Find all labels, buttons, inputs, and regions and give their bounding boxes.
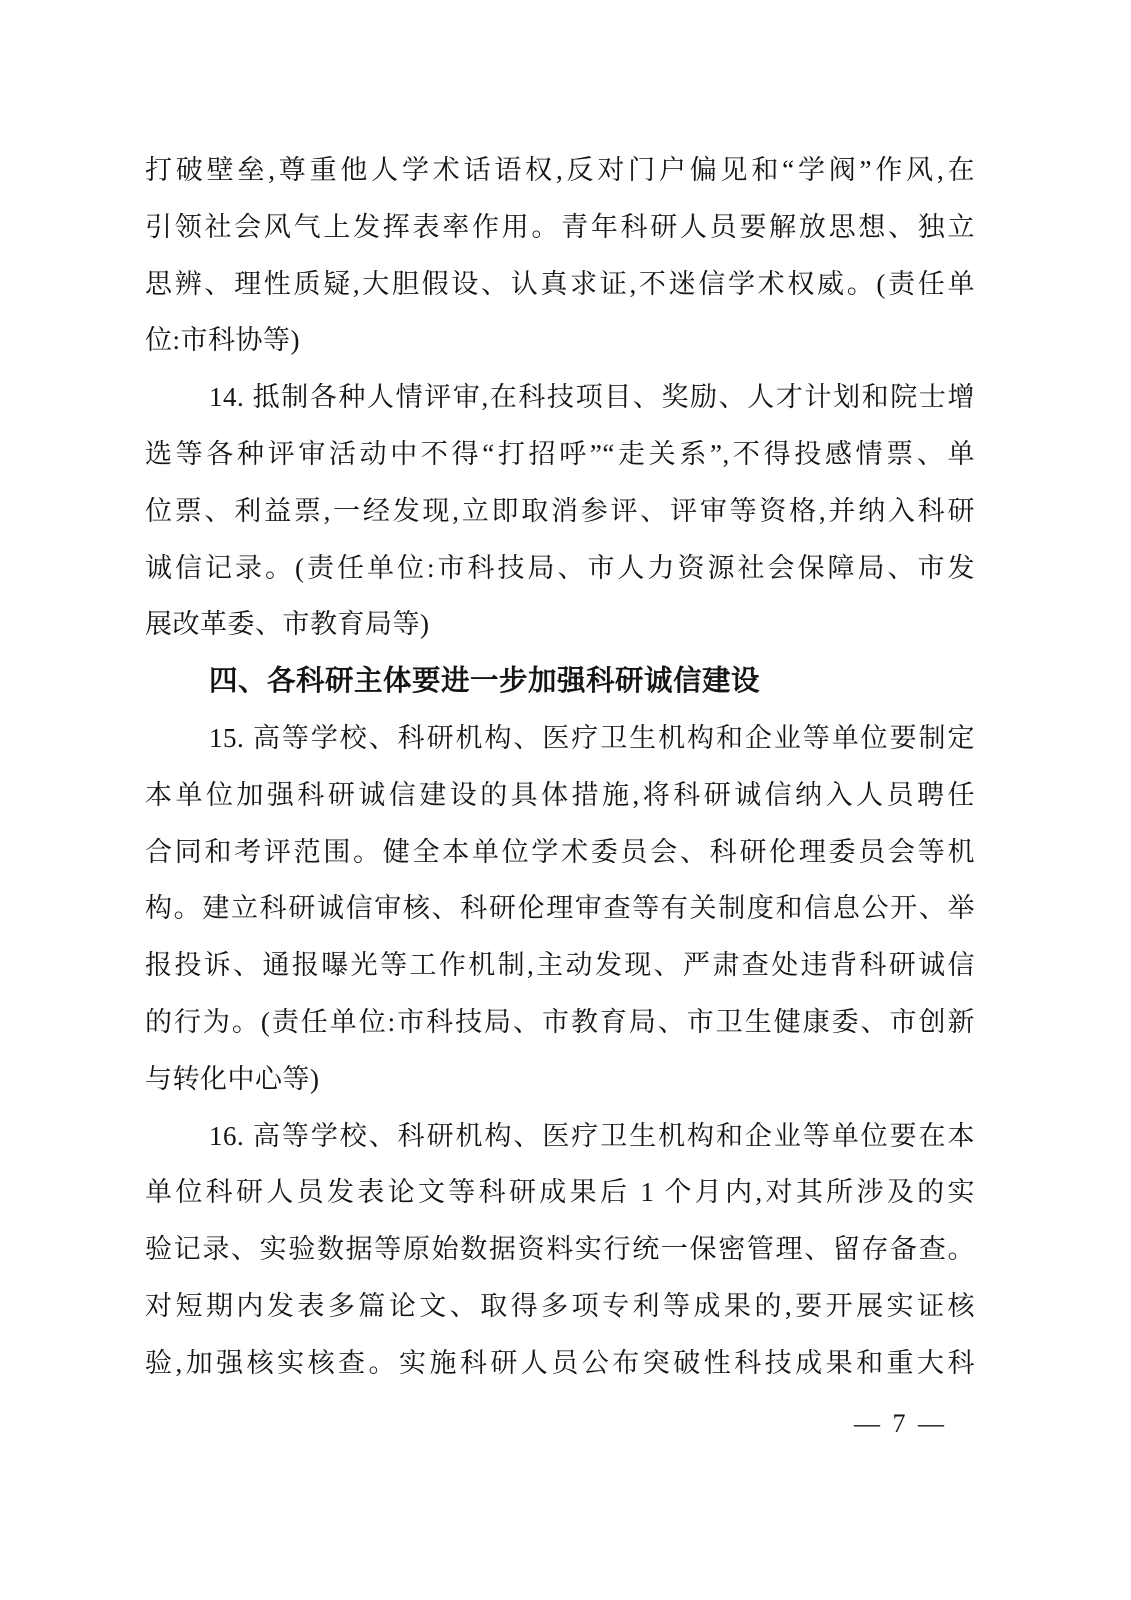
text-line: 对短期内发表多篇论文、取得多项专利等成果的,要开展实证核 [145,1278,975,1335]
text-line: 选等各种评审活动中不得“打招呼”“走关系”,不得投感情票、单 [145,426,975,483]
text-line: 报投诉、通报曝光等工作机制,主动发现、严肃查处违背科研诚信 [145,937,975,994]
text-line: 思辨、理性质疑,大胆假设、认真求证,不迷信学术权威。(责任单 [145,256,975,313]
text-line: 本单位加强科研诚信建设的具体措施,将科研诚信纳入人员聘任 [145,767,975,824]
text-line: 诚信记录。(责任单位:市科技局、市人力资源社会保障局、市发 [145,540,975,597]
text-line: 验记录、实验数据等原始数据资料实行统一保密管理、留存备查。 [145,1221,975,1278]
document-page: 打破壁垒,尊重他人学术话语权,反对门户偏见和“学阀”作风,在 引领社会风气上发挥… [0,0,1131,1600]
text-line: 单位科研人员发表论文等科研成果后 1 个月内,对其所涉及的实 [145,1164,975,1221]
text-line: 引领社会风气上发挥表率作用。青年科研人员要解放思想、独立 [145,199,975,256]
text-line: 14. 抵制各种人情评审,在科技项目、奖励、人才计划和院士增 [145,369,975,426]
text-line: 15. 高等学校、科研机构、医疗卫生机构和企业等单位要制定 [145,710,975,767]
page-number: — 7 — [854,1404,947,1444]
text-line: 验,加强核实核查。实施科研人员公布突破性科技成果和重大科 [145,1335,975,1392]
text-line: 展改革委、市教育局等) [145,596,975,653]
text-line: 合同和考评范围。健全本单位学术委员会、科研伦理委员会等机 [145,824,975,881]
text-line: 的行为。(责任单位:市科技局、市教育局、市卫生健康委、市创新 [145,994,975,1051]
text-line: 16. 高等学校、科研机构、医疗卫生机构和企业等单位要在本 [145,1108,975,1165]
text-line: 打破壁垒,尊重他人学术话语权,反对门户偏见和“学阀”作风,在 [145,142,975,199]
text-line: 与转化中心等) [145,1051,975,1108]
text-line: 构。建立科研诚信审核、科研伦理审查等有关制度和信息公开、举 [145,880,975,937]
document-body: 打破壁垒,尊重他人学术话语权,反对门户偏见和“学阀”作风,在 引领社会风气上发挥… [145,142,975,1392]
section-heading: 四、各科研主体要进一步加强科研诚信建设 [145,653,975,710]
text-line: 位:市科协等) [145,312,975,369]
text-line: 位票、利益票,一经发现,立即取消参评、评审等资格,并纳入科研 [145,483,975,540]
